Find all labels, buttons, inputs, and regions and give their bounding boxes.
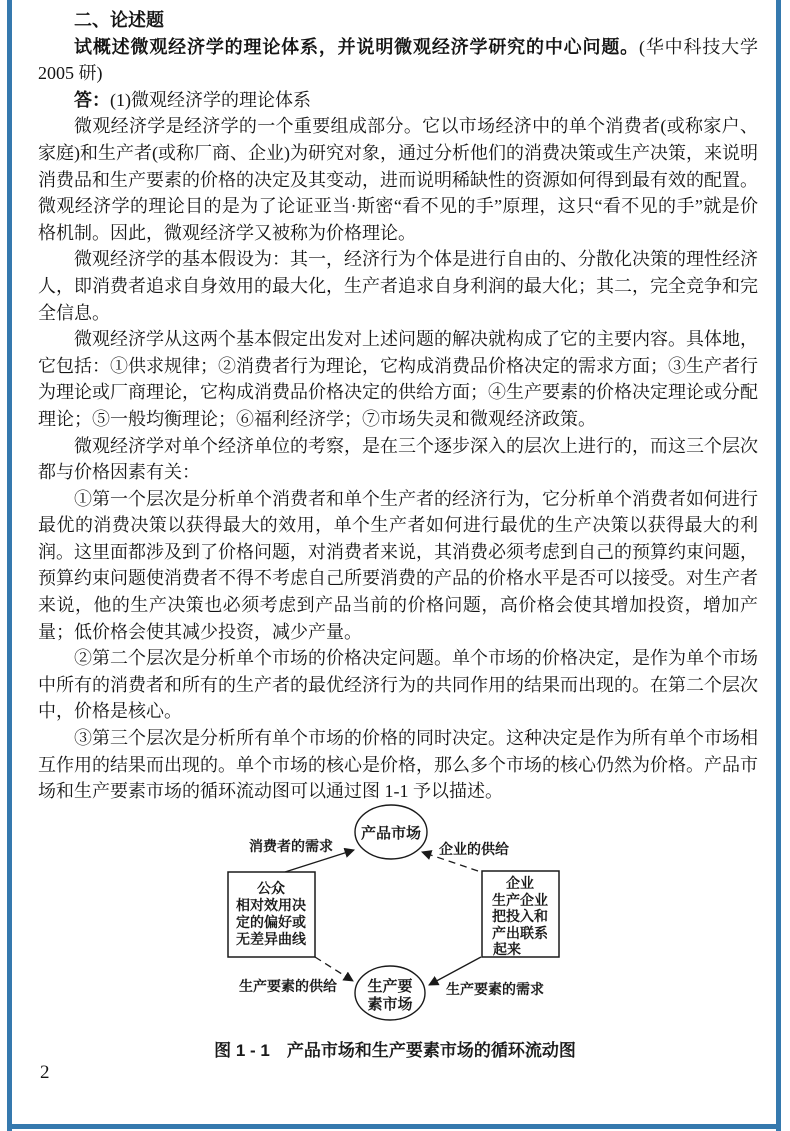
product-market-label: 产品市场: [361, 824, 421, 842]
answer-paragraph: ②第二个层次是分析单个市场的价格决定问题。单个市场的价格决定，是作为单个市场中所…: [38, 645, 758, 725]
answer-paragraph: 微观经济学从这两个基本假定出发对上述问题的解决就构成了它的主要内容。具体地，它包…: [38, 326, 758, 432]
circular-flow-diagram: 产品市场 生产要 素市场 公众 相对效用决 定的偏好或 无差异曲线 企业 生产企…: [170, 802, 640, 1037]
public-box-line: 无差异曲线: [236, 931, 307, 947]
page-content: 二、论述题 试概述微观经济学的理论体系，并说明微观经济学研究的中心问题。(华中科…: [38, 7, 758, 805]
section-heading: 二、论述题: [38, 7, 758, 34]
flow-label-consumer-demand: 消费者的需求: [249, 838, 333, 854]
factor-market-label-line1: 生产要: [367, 977, 412, 995]
question: 试概述微观经济学的理论体系，并说明微观经济学研究的中心问题。(华中科技大学200…: [38, 34, 758, 87]
firm-box-line: 把投入和: [492, 908, 548, 924]
answer-paragraph: ③第三个层次是分析所有单个市场的价格的同时决定。这种决定是作为所有单个市场相互作…: [38, 725, 758, 805]
answer-label: 答：: [74, 90, 110, 110]
scanned-book-page: { "page": { "number": "2", "accent_color…: [0, 0, 790, 1131]
firm-box-line: 起来: [493, 941, 521, 957]
firm-box-line: 产出联系: [492, 925, 548, 941]
answer-paragraph: 微观经济学对单个经济单位的考察，是在三个逐步深入的层次上进行的，而这三个层次都与…: [38, 433, 758, 486]
page-border-bottom: [7, 1124, 781, 1129]
flow-label-factor-supply: 生产要素的供给: [239, 978, 337, 994]
flow-label-factor-demand: 生产要素的需求: [446, 981, 544, 997]
section-heading-text: 二、论述题: [74, 10, 164, 30]
firm-box-line: 生产企业: [492, 892, 548, 908]
page-border-right: [776, 0, 781, 1131]
answer-paragraph: ①第一个层次是分析单个消费者和单个生产者的经济行为，它分析单个消费者如何进行最优…: [38, 486, 758, 646]
question-text: 试概述微观经济学的理论体系，并说明微观经济学研究的中心问题。: [74, 37, 639, 57]
flow-label-firm-supply: 企业的供给: [439, 841, 509, 857]
page-number: 2: [40, 1062, 50, 1084]
public-box-line: 相对效用决: [236, 897, 306, 913]
firm-box-line: 企业: [506, 875, 534, 891]
answer-first-line-text: (1)微观经济学的理论体系: [110, 90, 311, 110]
public-box-line: 公众: [257, 880, 285, 896]
factor-market-label-line2: 素市场: [367, 995, 412, 1013]
answer-first-line: 答：(1)微观经济学的理论体系: [38, 87, 758, 114]
public-box-line: 定的偏好或: [236, 914, 306, 930]
answer-paragraph: 微观经济学的基本假设为：其一，经济行为个体是进行自由的、分散化决策的理性经济人，…: [38, 246, 758, 326]
answer-paragraph: 微观经济学是经济学的一个重要组成部分。它以市场经济中的单个消费者(或称家户、家庭…: [38, 113, 758, 246]
figure-caption: 图 1 - 1 产品市场和生产要素市场的循环流动图: [0, 1036, 790, 1061]
page-border-left: [7, 0, 12, 1131]
